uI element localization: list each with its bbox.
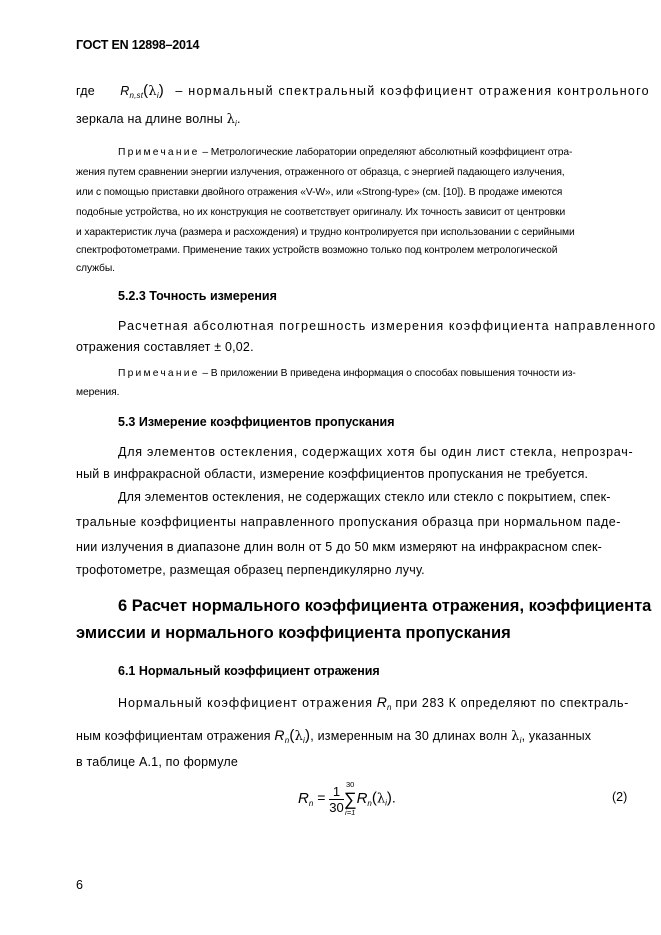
note-1-line-6: спектрофотометрами. Применение таких уст…	[76, 245, 557, 256]
formula-lhs: Rn	[298, 790, 313, 806]
equals-sign: =	[317, 790, 325, 806]
section-6-1-title: 6.1 Нормальный коэффициент отражения	[118, 664, 380, 678]
note-1-line-4: подобные устройства, но их конструкция н…	[76, 207, 565, 218]
section-5-3-para2-line-1: Для элементов остекления, не содержащих …	[118, 490, 611, 504]
section-6-title-line-1: 6 Расчет нормального коэффициента отраже…	[118, 597, 651, 616]
section-5-3-para2-line-4: трофотометре, размещая образец перпендик…	[76, 563, 425, 577]
page-number: 6	[76, 878, 83, 892]
where-word: где	[76, 84, 95, 98]
formula-rhs: Rn	[357, 790, 372, 806]
section-5-2-3-note-line-1: Примечание – В приложении В приведена ин…	[118, 368, 576, 379]
section-5-2-3-note-line-2: мерения.	[76, 387, 119, 398]
note-1-line-2: жения путем сравнении энергии излучения,…	[76, 167, 565, 178]
lambda-symbol: λ	[227, 112, 235, 127]
definition-text: – нормальный спектральный коэффициент от…	[175, 84, 649, 98]
symbol-rn-lambda: Rn	[274, 729, 289, 743]
section-6-1-line-2: ным коэффициентам отражения Rn(λi), изме…	[76, 727, 591, 745]
section-5-2-3-title: 5.2.3 Точность измерения	[118, 289, 277, 303]
symbol-r-nst: Rn,st	[120, 84, 143, 98]
where-definition-line-2: зеркала на длине волны λi.	[76, 112, 241, 128]
section-5-3-title: 5.3 Измерение коэффициентов пропускания	[118, 415, 395, 429]
document-page: ГОСТ EN 12898–2014 где Rn,st(λi) – норма…	[0, 0, 661, 935]
lambda-symbol: λ	[511, 729, 519, 744]
section-5-2-3-para-line-1: Расчетная абсолютная погрешность измерен…	[118, 319, 656, 333]
section-5-3-para2-line-3: нии излучения в диапазоне длин волн от 5…	[76, 540, 602, 554]
section-6-1-line-1: Нормальный коэффициент отражения Rn при …	[118, 694, 629, 712]
section-5-3-para2-line-2: тральные коэффициенты направленного проп…	[76, 515, 621, 529]
equation-number: (2)	[612, 790, 627, 804]
formula-2: Rn = 13030∑i=1Rn(λi).	[298, 780, 396, 830]
section-5-2-3-para-line-2: отражения составляет ± 0,02.	[76, 340, 254, 354]
note-1-line-5: и характеристик луча (размера и расхожде…	[76, 227, 575, 238]
section-5-3-para1-line-2: ный в инфракрасной области, измерение ко…	[76, 467, 588, 481]
fraction: 130	[329, 784, 343, 815]
note-1-line-3: или с помощью приставки двойного отражен…	[76, 187, 562, 198]
note-1-line-1: Примечание – Метрологические лаборатории…	[118, 147, 629, 158]
lambda-symbol: λ	[148, 84, 156, 99]
note-label: Примечание	[118, 147, 200, 158]
note-label: Примечание	[118, 368, 200, 379]
section-6-1-line-3: в таблице А.1, по формуле	[76, 755, 238, 769]
section-5-3-para1-line-1: Для элементов остекления, содержащих хот…	[118, 445, 633, 459]
note-1-line-7: службы.	[76, 263, 115, 274]
where-definition-line: где Rn,st(λi) – нормальный спектральный …	[76, 82, 629, 100]
section-6-title-line-2: эмиссии и нормального коэффициента пропу…	[76, 624, 511, 643]
summation-sign: 30∑i=1	[344, 780, 357, 818]
symbol-rn: Rn	[377, 696, 392, 710]
document-code-header: ГОСТ EN 12898–2014	[76, 38, 199, 52]
